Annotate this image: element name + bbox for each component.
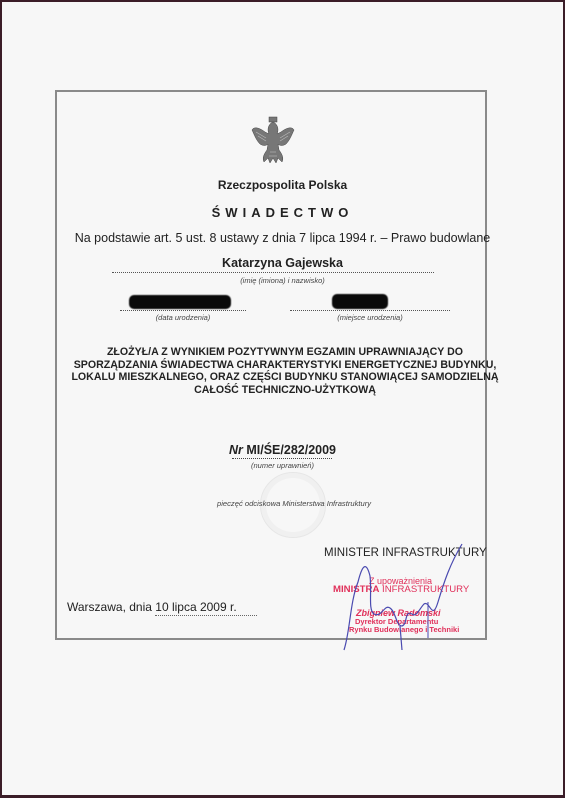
number-value: MI/ŚE/282/2009	[246, 443, 336, 457]
handwritten-signature	[332, 542, 472, 652]
exam-statement-line: CAŁOŚĆ TECHNICZNO-UŻYTKOWĄ	[57, 384, 513, 397]
certificate-page: Rzeczpospolita Polska ŚWIADECTWO Na pods…	[2, 2, 563, 795]
holder-name: Katarzyna Gajewska	[2, 256, 563, 270]
number-caption: (numer uprawnień)	[2, 461, 563, 470]
legal-basis: Na podstawie art. 5 ust. 8 ustawy z dnia…	[2, 231, 563, 245]
holder-name-line	[112, 272, 434, 273]
birth-date-line	[120, 310, 246, 311]
number-prefix: Nr	[229, 443, 243, 457]
exam-statement-line: ZŁOŻYŁ/A Z WYNIKIEM POZYTYWNYM EGZAMIN U…	[57, 346, 513, 359]
place: Warszawa, dnia	[67, 600, 152, 614]
seal-caption: pieczęć odciskowa Ministerstwa Infrastru…	[217, 499, 371, 508]
birth-place-redaction	[332, 294, 388, 309]
document-title: ŚWIADECTWO	[2, 205, 563, 220]
birth-date-redaction	[129, 295, 231, 309]
exam-statement: ZŁOŻYŁ/A Z WYNIKIEM POZYTYWNYM EGZAMIN U…	[57, 346, 513, 396]
birth-place-caption: (miejsce urodzenia)	[290, 313, 450, 322]
issue-date-suffix: r.	[230, 600, 237, 614]
issue-date: 10 lipca 2009 r.	[155, 600, 256, 616]
exam-statement-line: LOKALU MIESZKALNEGO, ORAZ CZĘŚCI BUDYNKU…	[57, 371, 513, 384]
birth-place-line	[290, 310, 450, 311]
number-line	[232, 458, 332, 459]
place-and-date: Warszawa, dnia 10 lipca 2009 r.	[67, 600, 257, 614]
holder-name-caption: (imię (imiona) i nazwisko)	[2, 276, 563, 285]
birth-date-caption: (data urodzenia)	[120, 313, 246, 322]
issue-date-value: 10 lipca 2009	[155, 600, 226, 614]
polish-eagle-emblem-icon	[250, 116, 296, 166]
certificate-number: Nr MI/ŚE/282/2009	[2, 443, 563, 457]
exam-statement-line: SPORZĄDZANIA ŚWIADECTWA CHARAKTERYSTYKI …	[57, 359, 513, 372]
country-name: Rzeczpospolita Polska	[2, 178, 563, 192]
